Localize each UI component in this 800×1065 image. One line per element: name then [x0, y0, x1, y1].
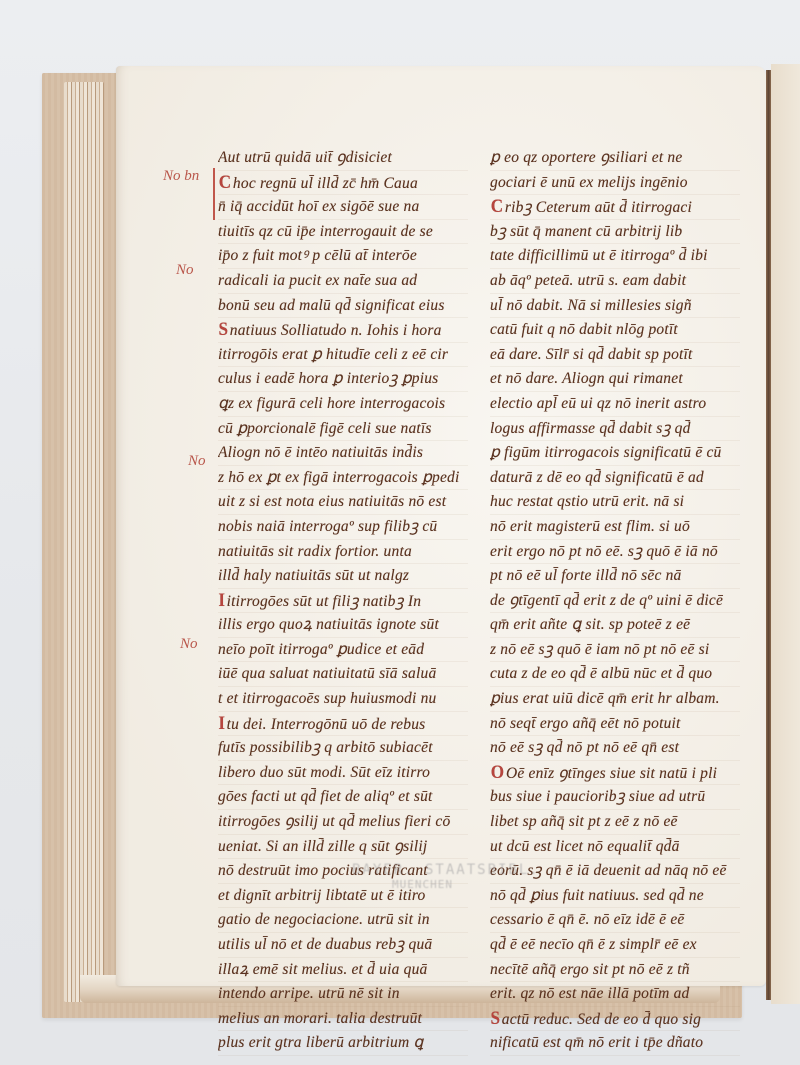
text-line-content: intendo arripe. utrū nē sit in — [218, 985, 400, 1002]
text-line-content: ip̄o z fuit motꝰ p cēlū at̄ interōe — [218, 247, 417, 264]
text-line: iūē qua saluat natiuitatū sīā saluā — [218, 662, 468, 687]
text-line-content: melius an morari. talia destruūt — [218, 1010, 422, 1027]
text-line: plus erit gtra liberū arbitrium ꝗ — [218, 1031, 468, 1056]
text-line: itirrogōes ꝯsilij ut qd̄ melius fieri cō — [218, 810, 468, 835]
text-line-content: catū fuit q nō dabit nlōg potīt — [490, 321, 678, 338]
text-line: melius an morari. talia destruūt — [218, 1007, 468, 1032]
text-line: ul̄ nō dabit. Nā si millesies sigñ — [490, 294, 740, 319]
rubricated-initial: C — [219, 171, 232, 195]
text-line: catū fuit q nō dabit nlōg potīt — [490, 318, 740, 343]
text-line-content: ut dcū est licet nō equalit̄ qd̄ā — [490, 838, 680, 855]
text-line: z hō ex ꝑt ex figā interrogacois ꝑpedi — [218, 466, 468, 491]
text-line: bus siue i paucioribꝫ siue ad utrū — [490, 785, 740, 810]
text-line: ꝗz ex figurā celi hore interrogacois — [218, 392, 468, 417]
text-line-content: illd̄ haly natiuitās sūt ut nalgz — [218, 567, 409, 584]
text-line: illis ergo quoꝝ natiuitās ignote sūt — [218, 613, 468, 638]
text-line-content: itirrogōes ꝯsilij ut qd̄ melius fieri cō — [218, 813, 450, 830]
stamp-line-1: BAYER. STAATSBIBL. — [352, 862, 540, 878]
text-line: Aut utrū quidā uit̄ ꝯdisiciet — [218, 146, 468, 171]
text-line-content: bꝫ sūt q̄ manent cū arbitrij lib — [490, 223, 682, 240]
text-line-content: logus affirmasse qd̄ dabit sꝫ qd̄ — [490, 420, 691, 437]
text-line-content: itirrogōes sūt ut filiꝫ natibꝫ In — [227, 593, 422, 610]
text-line-content: ꝑ eo qz oportere ꝯsiliari et ne — [490, 149, 682, 166]
text-line-content: erit ergo nō pt nō eē. sꝫ quō ē iā nō — [490, 543, 718, 560]
text-line-content: gōes facti ut qd̄ fiet de aliqº et sūt — [218, 788, 433, 805]
text-line: illaꝝ emē sit melius. et d̄ uia quā — [218, 958, 468, 983]
text-column-right: ꝑ eo qz oportere ꝯsiliari et negociari ē… — [490, 146, 740, 1056]
text-line-content: nō eē sꝫ qd̄ nō pt nō eē qn̄ est — [490, 739, 679, 756]
text-line: et nō dare. Aliogn qui rimanet — [490, 367, 740, 392]
text-line-content: futīs possibilibꝫ q arbitō subiacēt — [218, 739, 433, 756]
text-line: utilis ul̄ nō et de duabus rebꝫ quā — [218, 933, 468, 958]
text-line-content: Aut utrū quidā uit̄ ꝯdisiciet — [218, 149, 392, 166]
book-gutter — [766, 70, 771, 1000]
text-line: cuta z de eo qd̄ ē albū nūc et d̄ quo — [490, 662, 740, 687]
page-stack-edge — [64, 82, 104, 1002]
text-line-content: bonū seu ad malū qd̄ significat eius — [218, 297, 445, 314]
text-line: huc restat qstio utrū erit. nā si — [490, 490, 740, 515]
text-line-content: illaꝝ emē sit melius. et d̄ uia quā — [218, 961, 428, 978]
text-line: bꝫ sūt q̄ manent cū arbitrij lib — [490, 220, 740, 245]
rubricated-initial: O — [491, 761, 504, 785]
text-line-content: Oē enīz ꝯtīnges siue sit natū i pli — [506, 765, 717, 782]
text-line-content: libet sp añq̄ sit pt z eē z nō eē — [490, 813, 678, 830]
text-line-content: libero duo sūt modi. Sūt eīz itirro — [218, 764, 430, 781]
text-line: Iitirrogōes sūt ut filiꝫ natibꝫ In — [218, 589, 468, 614]
rubricated-initial: S — [219, 318, 229, 342]
text-line-content: ꝗz ex figurā celi hore interrogacois — [218, 395, 445, 412]
text-line: radicali ia pucit ex nat̄e sua ad — [218, 269, 468, 294]
text-line-content: t et itirrogacoēs sup huiusmodi nu — [218, 690, 437, 707]
text-line: gociari ē unū ex melijs ingēnio — [490, 171, 740, 196]
text-line: culus i eadē hora ꝑ interioꝫ ꝑpius — [218, 367, 468, 392]
text-line: tate difficillimū ut ē itirrogaº d̄ ibi — [490, 244, 740, 269]
text-line: Snatiuus Solliatudo n. Iohis i hora — [218, 318, 468, 343]
text-line-content: uit z si est nota eius natiuitās nō est — [218, 493, 446, 510]
text-line: z nō eē sꝫ quō ē iam nō pt nō eē si — [490, 638, 740, 663]
margin-note: No — [188, 453, 206, 470]
text-line: de ꝯtīgentī qd̄ erit z de qº uini ē dicē — [490, 589, 740, 614]
text-line-content: ul̄ nō dabit. Nā si millesies sigñ — [490, 297, 692, 314]
text-line: bonū seu ad malū qd̄ significat eius — [218, 294, 468, 319]
text-line: Sactū reduc. Sed de eo d̄ quo sig — [490, 1007, 740, 1032]
text-line-content: utilis ul̄ nō et de duabus rebꝫ quā — [218, 936, 432, 953]
text-line-content: ꝑius erat uiū dicē qm̄ erit hr albam. — [490, 690, 720, 707]
text-line-content: huc restat qstio utrū erit. nā si — [490, 493, 684, 510]
text-line: Aliogn nō ē intēo natiuitās ind̄is — [218, 441, 468, 466]
text-line: ab āqº peteā. utrū s. eam dabit — [490, 269, 740, 294]
text-line-content: Aliogn nō ē intēo natiuitās ind̄is — [218, 444, 423, 461]
text-line-content: gociari ē unū ex melijs ingēnio — [490, 174, 688, 191]
margin-note: No — [176, 262, 194, 279]
text-line: tiuitīs qz cū ip̄e interrogauit de se — [218, 220, 468, 245]
text-line-content: de ꝯtīgentī qd̄ erit z de qº uini ē dicē — [490, 592, 723, 609]
text-line: n̄ iq̄ accidūt hoī ex sigōē sue na — [218, 195, 468, 220]
text-line-content: natiuus Solliatudo n. Iohis i hora — [230, 322, 442, 339]
stamp-line-2: MUENCHEN — [392, 878, 572, 891]
text-line: erit. qz nō est nāe illā potīm ad — [490, 982, 740, 1007]
text-line: eā dare. Sīlr̄ si qd̄ dabit sp potīt — [490, 343, 740, 368]
text-line: nō seqt̄ ergo añq̄ eēt nō potuit — [490, 712, 740, 737]
text-line: logus affirmasse qd̄ dabit sꝫ qd̄ — [490, 417, 740, 442]
margin-bracket — [213, 168, 215, 220]
text-line: ꝑius erat uiū dicē qm̄ erit hr albam. — [490, 687, 740, 712]
text-line: nō erit magisterū est flim. si uō — [490, 515, 740, 540]
text-line-content: ꝑ figūm itirrogacois significatū ē cū — [490, 444, 722, 461]
text-line-content: culus i eadē hora ꝑ interioꝫ ꝑpius — [218, 370, 438, 387]
text-line-content: cessario ē qn̄ ē. nō eīz idē ē eē — [490, 911, 685, 928]
library-stamp: BAYER. STAATSBIBL. MUENCHEN — [352, 862, 572, 898]
text-line-content: z nō eē sꝫ quō ē iam nō pt nō eē si — [490, 641, 709, 658]
text-line: uit z si est nota eius natiuitās nō est — [218, 490, 468, 515]
text-line: erit ergo nō pt nō eē. sꝫ quō ē iā nō — [490, 540, 740, 565]
text-line: libet sp añq̄ sit pt z eē z nō eē — [490, 810, 740, 835]
text-line: neīo poīt itirrogaº ꝑudice et eād — [218, 638, 468, 663]
text-line: daturā z dē eo qd̄ significatū ē ad — [490, 466, 740, 491]
text-line: futīs possibilibꝫ q arbitō subiacēt — [218, 736, 468, 761]
text-line-content: et nō dare. Aliogn qui rimanet — [490, 370, 683, 387]
text-line-content: tate difficillimū ut ē itirrogaº d̄ ibi — [490, 247, 708, 264]
text-line: qm̄ erit añte ꝗ sit. sp poteē z eē — [490, 613, 740, 638]
margin-note: No bn — [163, 168, 199, 185]
text-line: nobis naiā interrogaº sup filibꝫ cū — [218, 515, 468, 540]
text-line: gōes facti ut qd̄ fiet de aliqº et sūt — [218, 785, 468, 810]
rubricated-initial: I — [218, 589, 225, 613]
text-line-content: daturā z dē eo qd̄ significatū ē ad — [490, 469, 704, 486]
text-line-content: iūē qua saluat natiuitatū sīā saluā — [218, 665, 436, 682]
text-line: OOē enīz ꝯtīnges siue sit natū i pli — [490, 761, 740, 786]
text-line-content: electio apl̄ eū ui qz nō inerit astro — [490, 395, 706, 412]
text-line-content: erit. qz nō est nāe illā potīm ad — [490, 985, 689, 1002]
text-line-content: neīo poīt itirrogaº ꝑudice et eād — [218, 641, 424, 658]
rubricated-initial: S — [491, 1007, 501, 1031]
text-column-left: Aut utrū quidā uit̄ ꝯdisicietChoc regnū … — [218, 146, 468, 1056]
text-line: electio apl̄ eū ui qz nō inerit astro — [490, 392, 740, 417]
text-line-content: bus siue i paucioribꝫ siue ad utrū — [490, 788, 705, 805]
text-line-content: plus erit gtra liberū arbitrium ꝗ — [218, 1034, 423, 1051]
text-line: cū ꝑporcionalē figē celi sue natīs — [218, 417, 468, 442]
text-line: qd̄ ē eē necīo qn̄ ē z simplr̄ eē ex — [490, 933, 740, 958]
text-line: ꝑ eo qz oportere ꝯsiliari et ne — [490, 146, 740, 171]
text-line-content: z hō ex ꝑt ex figā interrogacois ꝑpedi — [218, 469, 460, 486]
text-line-content: n̄ iq̄ accidūt hoī ex sigōē sue na — [218, 198, 419, 215]
text-line-content: nobis naiā interrogaº sup filibꝫ cū — [218, 518, 437, 535]
text-line-content: ab āqº peteā. utrū s. eam dabit — [490, 272, 686, 289]
text-line-content: nificatū est qm̄ nō erit i tp̄e dñato — [490, 1034, 703, 1051]
text-line: natiuitās sit radix fortior. unta — [218, 540, 468, 565]
text-line-content: itirrogōis erat ꝑ hitudīe celi z eē cir — [218, 346, 448, 363]
text-line: t et itirrogacoēs sup huiusmodi nu — [218, 687, 468, 712]
text-line-content: ueniat. Si an illd̄ zille q sūt ꝯsilij — [218, 838, 427, 855]
text-line: ueniat. Si an illd̄ zille q sūt ꝯsilij — [218, 835, 468, 860]
text-line-content: cuta z de eo qd̄ ē albū nūc et d̄ quo — [490, 665, 712, 682]
manuscript-photo: No bn No No No Aut utrū quidā uit̄ ꝯdisi… — [0, 0, 800, 1065]
text-line-content: hoc regnū ul̄ illd̄ zc̄ hm̄ Caua — [233, 175, 418, 192]
text-line-content: nō seqt̄ ergo añq̄ eēt nō potuit — [490, 715, 681, 732]
text-line-content: gatio de negociacione. utrū sit in — [218, 911, 430, 928]
text-line: Itu dei. Interrogōnū uō de rebus — [218, 712, 468, 737]
rubricated-initial: C — [491, 195, 504, 219]
text-line: ip̄o z fuit motꝰ p cēlū at̄ interōe — [218, 244, 468, 269]
text-line: illd̄ haly natiuitās sūt ut nalgz — [218, 564, 468, 589]
facing-page-edge — [771, 64, 800, 1004]
text-line-content: illis ergo quoꝝ natiuitās ignote sūt — [218, 616, 439, 633]
margin-note: No — [180, 636, 198, 653]
text-line: necītē añq̄ ergo sit pt nō eē z tñ — [490, 958, 740, 983]
text-line: Cribꝫ Ceterum aūt d̄ itirrogaci — [490, 195, 740, 220]
text-line-content: ribꝫ Ceterum aūt d̄ itirrogaci — [505, 199, 692, 216]
text-line: cessario ē qn̄ ē. nō eīz idē ē eē — [490, 908, 740, 933]
text-line: pt nō eē ul̄ forte illd̄ nō sēc nā — [490, 564, 740, 589]
text-line-content: tu dei. Interrogōnū uō de rebus — [227, 716, 426, 733]
text-line: itirrogōis erat ꝑ hitudīe celi z eē cir — [218, 343, 468, 368]
text-line-content: qm̄ erit añte ꝗ sit. sp poteē z eē — [490, 616, 690, 633]
text-line-content: actū reduc. Sed de eo d̄ quo sig — [502, 1011, 701, 1028]
text-line-content: tiuitīs qz cū ip̄e interrogauit de se — [218, 223, 433, 240]
text-line: nō eē sꝫ qd̄ nō pt nō eē qn̄ est — [490, 736, 740, 761]
text-line: ꝑ figūm itirrogacois significatū ē cū — [490, 441, 740, 466]
text-line-content: radicali ia pucit ex nat̄e sua ad — [218, 272, 417, 289]
text-line: nificatū est qm̄ nō erit i tp̄e dñato — [490, 1031, 740, 1056]
text-line-content: necītē añq̄ ergo sit pt nō eē z tñ — [490, 961, 690, 978]
text-line-content: nō erit magisterū est flim. si uō — [490, 518, 690, 535]
text-line: libero duo sūt modi. Sūt eīz itirro — [218, 761, 468, 786]
rubricated-initial: I — [218, 712, 225, 736]
text-line: Choc regnū ul̄ illd̄ zc̄ hm̄ Caua — [218, 171, 468, 196]
text-line-content: eā dare. Sīlr̄ si qd̄ dabit sp potīt — [490, 346, 693, 363]
text-line: intendo arripe. utrū nē sit in — [218, 982, 468, 1007]
text-line-content: cū ꝑporcionalē figē celi sue natīs — [218, 420, 432, 437]
text-line-content: natiuitās sit radix fortior. unta — [218, 543, 412, 560]
text-line: gatio de negociacione. utrū sit in — [218, 908, 468, 933]
text-line-content: qd̄ ē eē necīo qn̄ ē z simplr̄ eē ex — [490, 936, 697, 953]
text-line: ut dcū est licet nō equalit̄ qd̄ā — [490, 835, 740, 860]
text-line-content: pt nō eē ul̄ forte illd̄ nō sēc nā — [490, 567, 682, 584]
